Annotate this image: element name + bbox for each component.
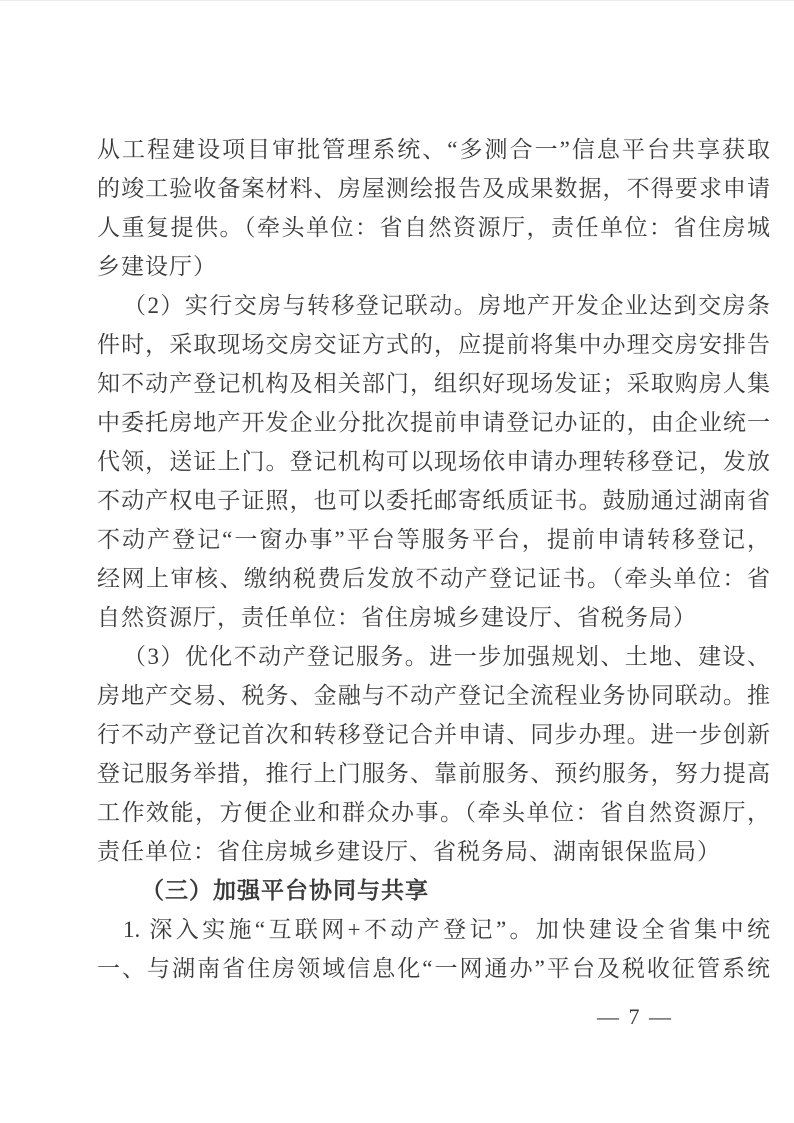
text-line: 知不动产登记机构及相关部门，组织好现场发证；采取购房人集 <box>97 364 770 403</box>
text-line: 不动产登记“一窗办事”平台等服务平台，提前申请转移登记， <box>97 520 770 559</box>
text-line: 登记服务举措，推行上门服务、靠前服务、预约服务，努力提高 <box>97 754 770 793</box>
paragraph-item-2: （2）实行交房与转移登记联动。房地产开发企业达到交房条 件时，采取现场交房交证方… <box>97 286 770 637</box>
text-line: 经网上审核、缴纳税费后发放不动产登记证书。（牵头单位：省 <box>97 559 770 598</box>
text-line: 行不动产登记首次和转移登记合并申请、同步办理。进一步创新 <box>97 715 770 754</box>
text-line: 不动产权电子证照，也可以委托邮寄纸质证书。鼓励通过湖南省 <box>97 481 770 520</box>
text-line: （3）优化不动产登记服务。进一步加强规划、土地、建设、 <box>97 637 770 676</box>
text-line: 代领，送证上门。登记机构可以现场依申请办理转移登记，发放 <box>97 442 770 481</box>
text-line: 责任单位：省住房城乡建设厅、省税务局、湖南银保监局） <box>97 832 770 871</box>
text-line: 中委托房地产开发企业分批次提前申请登记办证的，由企业统一 <box>97 403 770 442</box>
text-line: 自然资源厅，责任单位：省住房城乡建设厅、省税务局） <box>97 598 770 637</box>
paragraph-item-1: 1. 深入实施“互联网+不动产登记”。加快建设全省集中统 一、与湖南省住房领域信… <box>97 910 770 988</box>
text-line: 从工程建设项目审批管理系统、“多测合一”信息平台共享获取 <box>97 130 770 169</box>
text-line: 一、与湖南省住房领域信息化“一网通办”平台及税收征管系统 <box>97 949 770 988</box>
text-line: 件时，采取现场交房交证方式的，应提前将集中办理交房安排告 <box>97 325 770 364</box>
section-heading: （三）加强平台协同与共享 <box>97 871 770 910</box>
text-line: 工作效能，方便企业和群众办事。（牵头单位：省自然资源厅， <box>97 793 770 832</box>
text-line: 1. 深入实施“互联网+不动产登记”。加快建设全省集中统 <box>97 910 770 949</box>
page-number: — 7 — <box>597 1003 673 1031</box>
text-line: 的竣工验收备案材料、房屋测绘报告及成果数据，不得要求申请 <box>97 169 770 208</box>
text-line: （2）实行交房与转移登记联动。房地产开发企业达到交房条 <box>97 286 770 325</box>
paragraph-continuation: 从工程建设项目审批管理系统、“多测合一”信息平台共享获取 的竣工验收备案材料、房… <box>97 130 770 286</box>
text-line: 人重复提供。（牵头单位：省自然资源厅，责任单位：省住房城 <box>97 208 770 247</box>
page-body-text: 从工程建设项目审批管理系统、“多测合一”信息平台共享获取 的竣工验收备案材料、房… <box>97 130 770 988</box>
text-line: 乡建设厅） <box>97 247 770 286</box>
document-page: 从工程建设项目审批管理系统、“多测合一”信息平台共享获取 的竣工验收备案材料、房… <box>0 0 794 1123</box>
paragraph-item-3: （3）优化不动产登记服务。进一步加强规划、土地、建设、 房地产交易、税务、金融与… <box>97 637 770 871</box>
text-line: 房地产交易、税务、金融与不动产登记全流程业务协同联动。推 <box>97 676 770 715</box>
